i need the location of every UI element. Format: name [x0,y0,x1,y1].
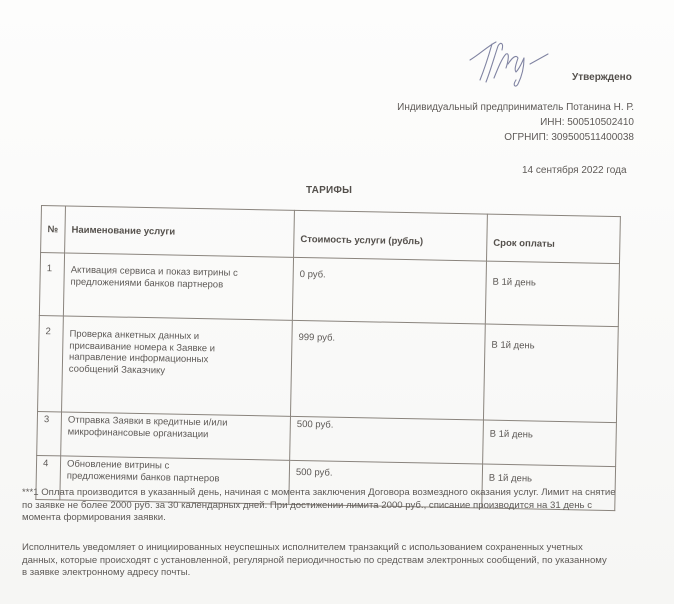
payment-footnote: ***1 Оплата производится в указанный ден… [22,487,622,525]
document-title: ТАРИФЫ [306,185,352,196]
payment-term: В 1й день [483,420,617,467]
service-name: Проверка анкетных данных и присваивание … [62,316,293,416]
service-name-text: Проверка анкетных данных и присваивание … [69,329,215,376]
tariffs-table: № Наименование услуги Стоимость услуги (… [35,205,621,511]
column-header-term: Срок оплаты [487,214,621,264]
service-cost: 500 руб. [290,416,484,464]
payment-term: В 1й день [485,261,619,327]
issuer-block: Индивидуальный предприниматель Потанина … [397,100,634,145]
service-cost: 999 руб. [290,320,485,420]
approved-label: Утверждено [572,72,632,83]
signature-icon [458,32,568,92]
approval-date: 14 сентября 2022 года [522,165,627,176]
service-name: Отправка Заявки в кредитные и/или микроф… [61,412,291,460]
tariffs-table-container: № Наименование услуги Стоимость услуги (… [35,205,620,511]
issuer-name: Индивидуальный предприниматель Потанина … [397,100,634,115]
issuer-ogrnip: ОГРНИП: 309500511400038 [397,130,634,145]
document-page: Утверждено Индивидуальный предпринимател… [0,0,674,604]
issuer-inn: ИНН: 500510502410 [397,115,634,130]
table-row: 1 Активация сервиса и показ витрины с пр… [39,253,619,327]
row-number: 2 [38,315,64,411]
payment-term: В 1й день [483,324,618,423]
column-header-cost: Стоимость услуги (рубль) [294,210,488,261]
executor-notice: Исполнитель уведомляет о инициированных … [22,542,612,580]
table-row: 2 Проверка анкетных данных и присваивани… [38,315,619,422]
column-header-number: № [41,206,66,253]
service-cost: 0 руб. [292,257,486,324]
column-header-service: Наименование услуги [65,206,295,257]
row-number: 1 [39,253,64,316]
row-number: 3 [37,411,62,455]
service-name: Активация сервиса и показ витрины с пред… [63,253,293,320]
